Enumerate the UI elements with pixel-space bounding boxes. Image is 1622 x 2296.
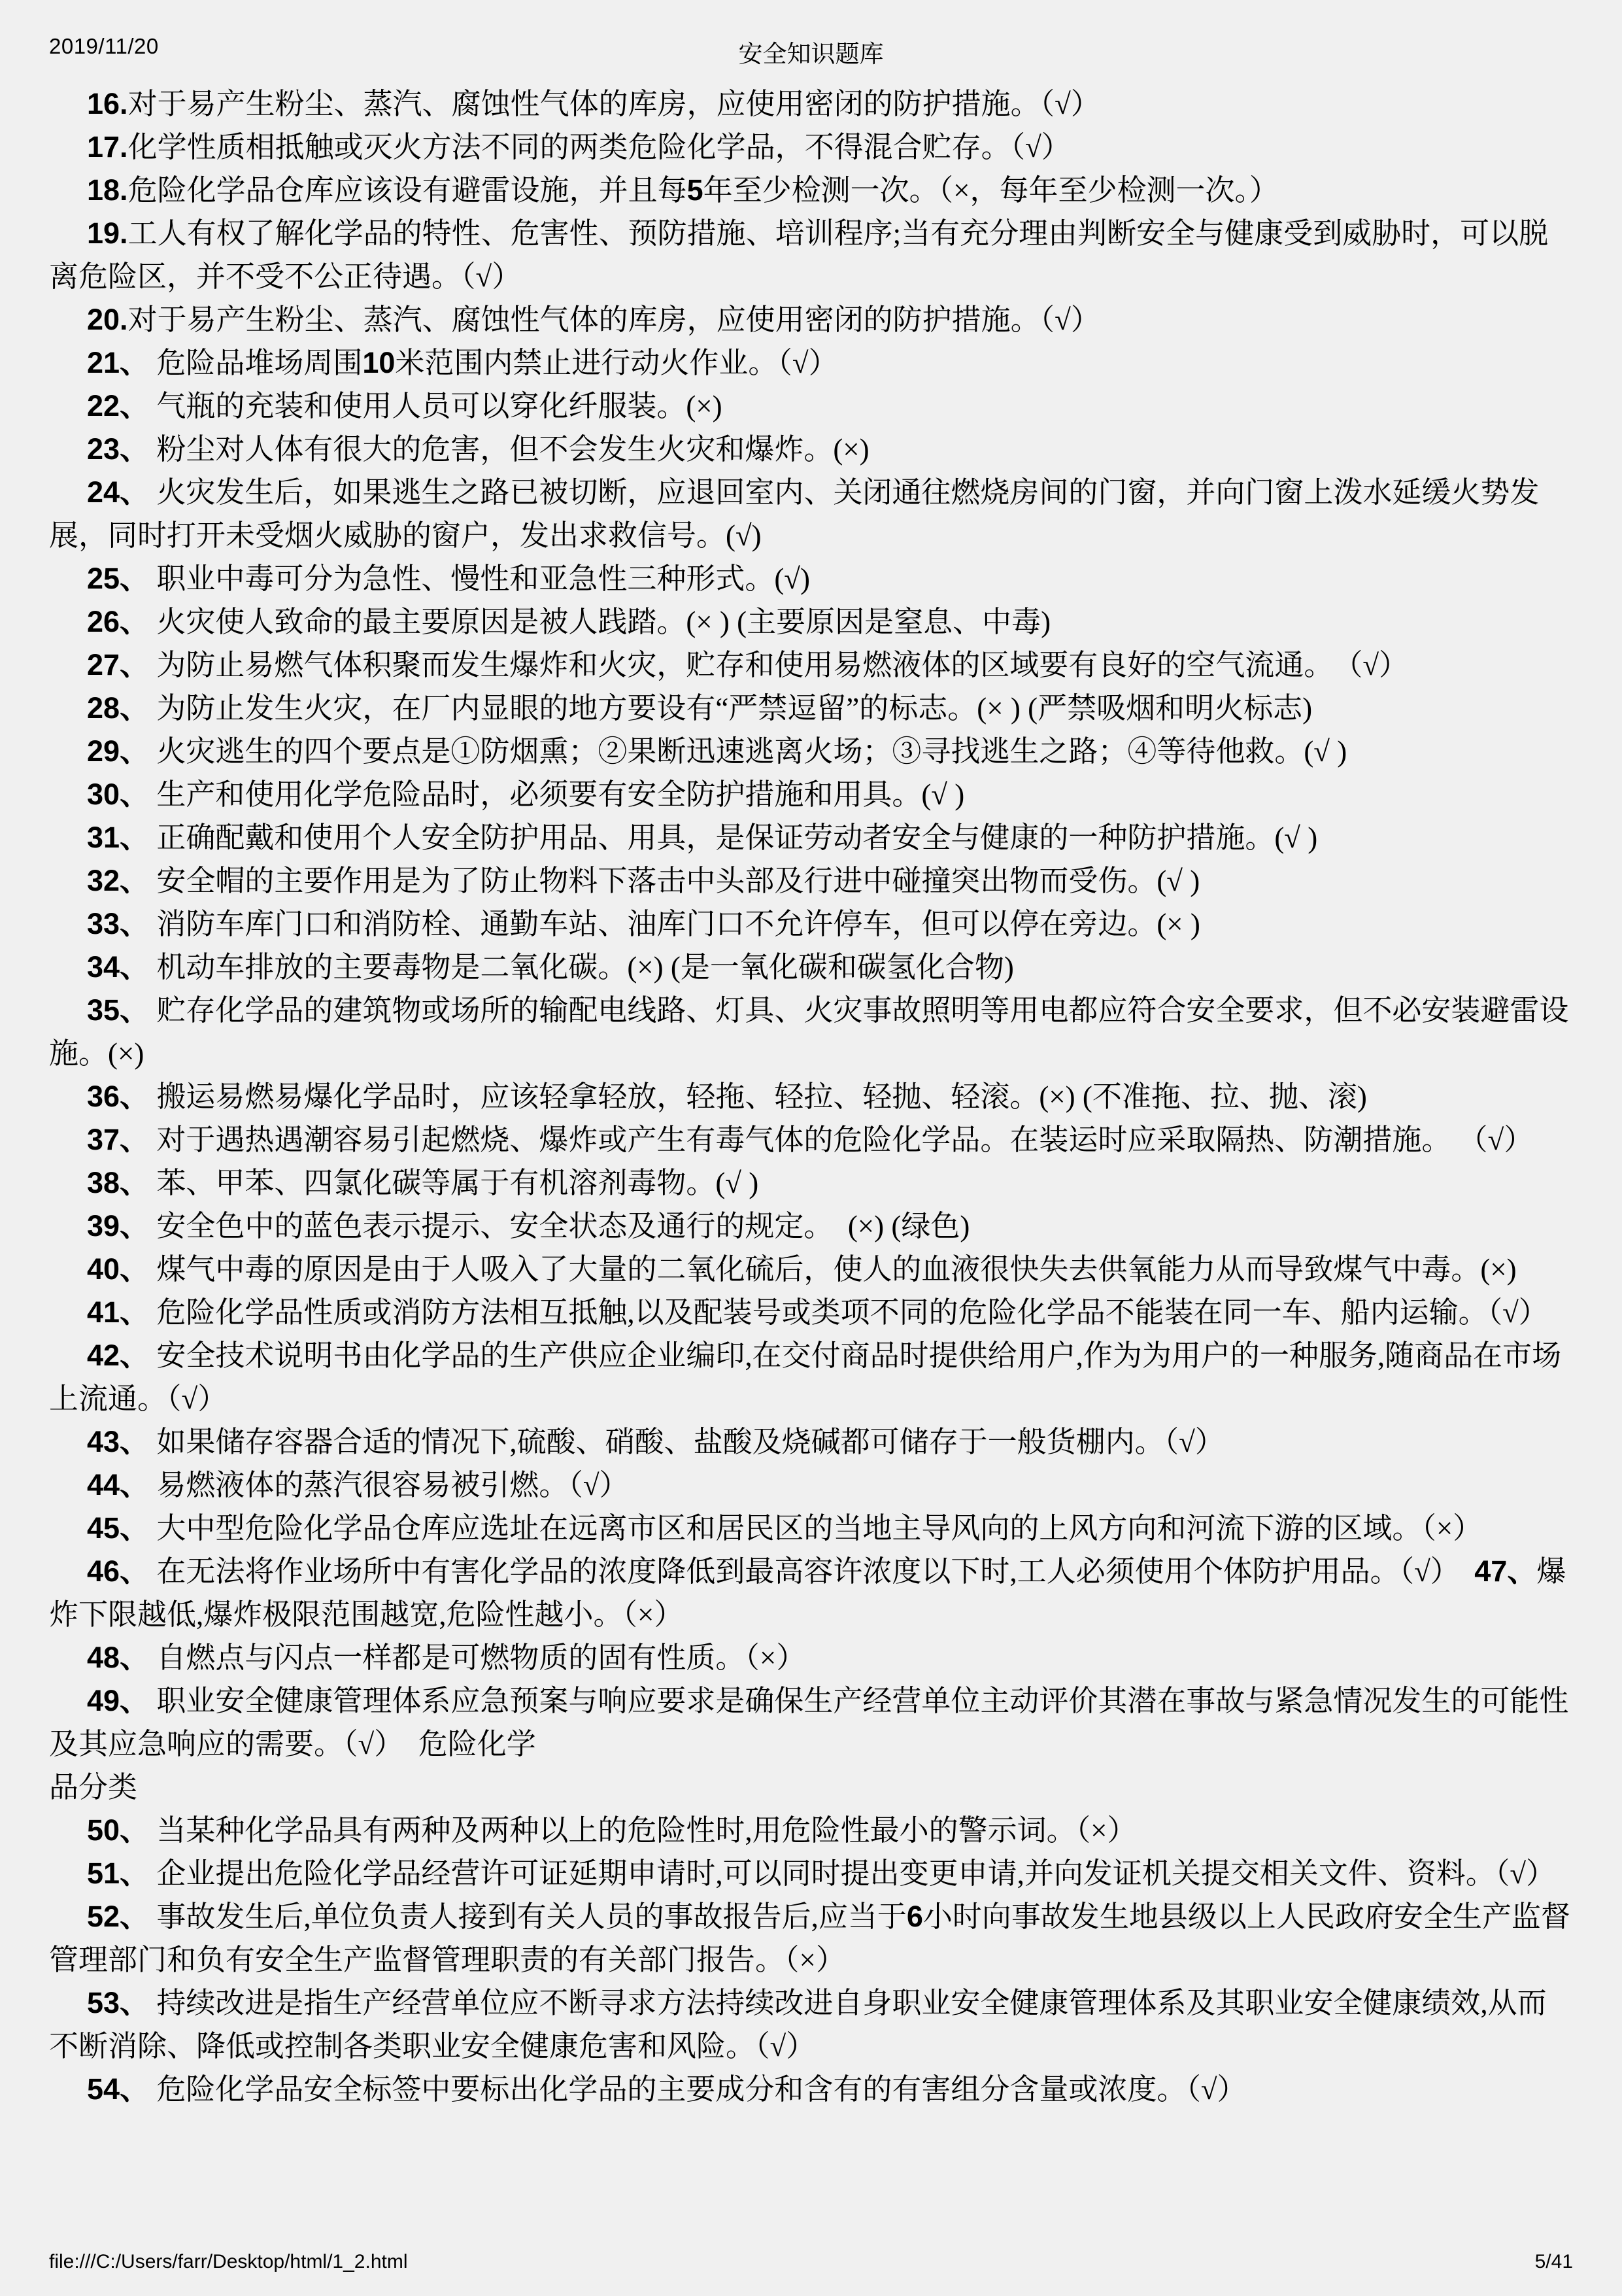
question-number: 48、	[87, 1641, 149, 1674]
question-text: 机动车排放的主要毒物是二氧化碳。(×) (是一氧化碳和碳氢化合物)	[149, 951, 1014, 984]
question-item: 35、 贮存化学品的建筑物或场所的输配电线路、灯具、火灾事故照明等用电都应符合安…	[49, 989, 1573, 1075]
question-text: 对于易产生粉尘、蒸汽、腐蚀性气体的库房，应使用密闭的防护措施。（√）	[128, 88, 1100, 120]
question-item: 22、 气瓶的充装和使用人员可以穿化纤服装。(×)	[49, 385, 1573, 428]
question-item: 53、 持续改进是指生产经营单位应不断寻求方法持续改进自身职业安全健康管理体系及…	[49, 1981, 1573, 2068]
question-text: 消防车库门口和消防栓、通勤车站、油库门口不允许停车，但可以停在旁边。(× )	[149, 908, 1200, 940]
question-item: 17.化学性质相抵触或灭火方法不同的两类危险化学品，不得混合贮存。（√）	[49, 126, 1573, 169]
question-text: 持续改进是指生产经营单位应不断寻求方法持续改进自身职业安全健康管理体系及其职业安…	[49, 1987, 1547, 2063]
question-text: 安全帽的主要作用是为了防止物料下落击中头部及行进中碰撞突出物而受伤。(√ )	[149, 865, 1200, 897]
question-item: 51、 企业提出危险化学品经营许可证延期申请时,可以同时提出变更申请,并向发证机…	[49, 1852, 1573, 1895]
question-item: 18.危险化学品仓库应该设有避雷设施，并且每5年至少检测一次。（×，每年至少检测…	[49, 169, 1573, 212]
question-item: 27、 为防止易燃气体积聚而发生爆炸和火灾，贮存和使用易燃液体的区域要有良好的空…	[49, 643, 1573, 687]
question-item: 26、 火灾使人致命的最主要原因是被人践踏。(× ) (主要原因是窒息、中毒)	[49, 600, 1573, 643]
question-item: 52、 事故发生后,单位负责人接到有关人员的事故报告后,应当于6小时向事故发生地…	[49, 1895, 1573, 1981]
question-number: 27、	[87, 648, 149, 681]
question-item: 24、 火灾发生后，如果逃生之路已被切断，应退回室内、关闭通往燃烧房间的门窗，并…	[49, 471, 1573, 557]
question-item: 28、 为防止发生火灾，在厂内显眼的地方要设有“严禁逗留”的标志。(× ) (严…	[49, 687, 1573, 730]
question-item: 46、 在无法将作业场所中有害化学品的浓度降低到最高容许浓度以下时,工人必须使用…	[49, 1550, 1573, 1636]
question-item: 41、 危险化学品性质或消防方法相互抵触,以及配装号或类项不同的危险化学品不能装…	[49, 1291, 1573, 1334]
question-text: 职业中毒可分为急性、慢性和亚急性三种形式。(√)	[149, 562, 810, 595]
question-text: 如果储存容器合适的情况下,硫酸、硝酸、盐酸及烧碱都可储存于一般货棚内。（√）	[149, 1426, 1225, 1458]
question-number: 36、	[87, 1080, 149, 1113]
question-number: 28、	[87, 691, 149, 725]
question-item: 32、 安全帽的主要作用是为了防止物料下落击中头部及行进中碰撞突出物而受伤。(√…	[49, 859, 1573, 902]
question-item: 49、 职业安全健康管理体系应急预案与响应要求是确保生产经营单位主动评价其潜在事…	[49, 1679, 1573, 1809]
question-text: 为防止发生火灾，在厂内显眼的地方要设有“严禁逗留”的标志。(× ) (严禁吸烟和…	[149, 692, 1312, 725]
question-item: 30、 生产和使用化学危险品时，必须要有安全防护措施和用具。(√ )	[49, 773, 1573, 816]
question-number: 24、	[87, 475, 149, 509]
question-text: 危险化学品安全标签中要标出化学品的主要成分和含有的有害组分含量或浓度。（√）	[149, 2073, 1246, 2106]
question-text: 危险化学品仓库应该设有避雷设施，并且每5年至少检测一次。（×，每年至少检测一次。…	[128, 174, 1279, 207]
inline-number: 5	[687, 173, 703, 207]
question-text: 事故发生后,单位负责人接到有关人员的事故报告后,应当于6小时向事故发生地县级以上…	[49, 1900, 1570, 1976]
question-number: 17.	[87, 130, 128, 163]
question-text: 苯、甲苯、四氯化碳等属于有机溶剂毒物。(√ )	[149, 1167, 758, 1199]
question-number: 50、	[87, 1813, 149, 1847]
question-number: 30、	[87, 778, 149, 811]
question-text: 对于易产生粉尘、蒸汽、腐蚀性气体的库房，应使用密闭的防护措施。（√）	[128, 303, 1100, 336]
question-number: 31、	[87, 821, 149, 854]
question-text: 火灾逃生的四个要点是①防烟熏；②果断迅速逃离火场；③寻找逃生之路；④等待他救。(…	[149, 735, 1347, 768]
question-number: 49、	[87, 1684, 149, 1717]
inline-number: 6	[907, 1900, 923, 1933]
question-text: 生产和使用化学危险品时，必须要有安全防护措施和用具。(√ )	[149, 778, 964, 811]
question-text: 易燃液体的蒸汽很容易被引燃。（√）	[149, 1469, 628, 1501]
question-text: 当某种化学品具有两种及两种以上的危险性时,用危险性最小的警示词。（×）	[149, 1814, 1136, 1847]
question-number: 47、	[1474, 1554, 1536, 1588]
question-text: 自燃点与闪点一样都是可燃物质的固有性质。（×）	[149, 1641, 805, 1674]
question-item: 48、 自燃点与闪点一样都是可燃物质的固有性质。（×）	[49, 1636, 1573, 1679]
question-number: 19.	[87, 216, 128, 250]
question-text: 企业提出危险化学品经营许可证延期申请时,可以同时提出变更申请,并向发证机关提交相…	[149, 1857, 1555, 1890]
question-text: 大中型危险化学品仓库应选址在远离市区和居民区的当地主导风向的上风方向和河流下游的…	[149, 1512, 1482, 1545]
inline-number: 10	[362, 346, 395, 379]
question-text: 化学性质相抵触或灭火方法不同的两类危险化学品，不得混合贮存。（√）	[128, 131, 1071, 163]
question-item: 40、 煤气中毒的原因是由于人吸入了大量的二氧化硫后，使人的血液很快失去供氧能力…	[49, 1248, 1573, 1291]
document-page: 2019/11/20 安全知识题库 16.对于易产生粉尘、蒸汽、腐蚀性气体的库房…	[0, 0, 1622, 2296]
question-number: 46、	[87, 1554, 149, 1588]
question-item: 31、 正确配戴和使用个人安全防护用品、用具，是保证劳动者安全与健康的一种防护措…	[49, 816, 1573, 859]
question-number: 23、	[87, 432, 149, 466]
question-item: 33、 消防车库门口和消防栓、通勤车站、油库门口不允许停车，但可以停在旁边。(×…	[49, 902, 1573, 946]
question-item: 42、 安全技术说明书由化学品的生产供应企业编印,在交付商品时提供给用户,作为为…	[49, 1334, 1573, 1420]
question-text: 危险品堆场周围10米范围内禁止进行动火作业。（√）	[149, 347, 838, 379]
question-item: 21、 危险品堆场周围10米范围内禁止进行动火作业。（√）	[49, 341, 1573, 385]
question-item: 29、 火灾逃生的四个要点是①防烟熏；②果断迅速逃离火场；③寻找逃生之路；④等待…	[49, 730, 1573, 773]
question-text: 火灾使人致命的最主要原因是被人践踏。(× ) (主要原因是窒息、中毒)	[149, 606, 1051, 638]
footer-file-url: file:///C:/Users/farr/Desktop/html/1_2.h…	[49, 2251, 408, 2273]
question-number: 44、	[87, 1468, 149, 1501]
question-number: 18.	[87, 173, 128, 207]
question-text: 职业安全健康管理体系应急预案与响应要求是确保生产经营单位主动评价其潜在事故与紧急…	[49, 1685, 1568, 1760]
question-number: 16.	[87, 87, 128, 120]
question-number: 22、	[87, 389, 149, 422]
page-footer: file:///C:/Users/farr/Desktop/html/1_2.h…	[49, 2251, 1573, 2277]
question-text: 工人有权了解化学品的特性、危害性、预防措施、培训程序;当有充分理由判断安全与健康…	[49, 217, 1548, 293]
question-number: 43、	[87, 1425, 149, 1458]
page-header: 2019/11/20 安全知识题库	[49, 34, 1573, 63]
question-item: 36、 搬运易燃易爆化学品时，应该轻拿轻放，轻拖、轻拉、轻抛、轻滚。(×) (不…	[49, 1075, 1573, 1118]
question-number: 35、	[87, 993, 149, 1027]
question-number: 37、	[87, 1123, 149, 1156]
question-item: 16.对于易产生粉尘、蒸汽、腐蚀性气体的库房，应使用密闭的防护措施。（√）	[49, 82, 1573, 126]
question-text: 正确配戴和使用个人安全防护用品、用具，是保证劳动者安全与健康的一种防护措施。(√…	[149, 821, 1317, 854]
question-number: 32、	[87, 864, 149, 897]
page-title: 安全知识题库	[49, 34, 1573, 69]
question-number: 21、	[87, 346, 149, 379]
question-number: 45、	[87, 1511, 149, 1545]
question-number: 38、	[87, 1166, 149, 1199]
question-text: 气瓶的充装和使用人员可以穿化纤服装。(×)	[149, 390, 722, 422]
question-number: 26、	[87, 605, 149, 638]
question-item: 25、 职业中毒可分为急性、慢性和亚急性三种形式。(√)	[49, 557, 1573, 600]
question-item: 20.对于易产生粉尘、蒸汽、腐蚀性气体的库房，应使用密闭的防护措施。（√）	[49, 298, 1573, 341]
question-item: 54、 危险化学品安全标签中要标出化学品的主要成分和含有的有害组分含量或浓度。（…	[49, 2068, 1573, 2111]
question-item: 23、 粉尘对人体有很大的危害，但不会发生火灾和爆炸。(×)	[49, 428, 1573, 471]
question-item: 37、 对于遇热遇潮容易引起燃烧、爆炸或产生有毒气体的危险化学品。在装运时应采取…	[49, 1118, 1573, 1161]
question-number: 42、	[87, 1339, 149, 1372]
question-item: 39、 安全色中的蓝色表示提示、安全状态及通行的规定。 (×) (绿色)	[49, 1205, 1573, 1248]
question-item: 38、 苯、甲苯、四氯化碳等属于有机溶剂毒物。(√ )	[49, 1161, 1573, 1205]
question-text: 安全色中的蓝色表示提示、安全状态及通行的规定。 (×) (绿色)	[149, 1210, 970, 1242]
question-number: 52、	[87, 1900, 149, 1933]
question-item: 45、 大中型危险化学品仓库应选址在远离市区和居民区的当地主导风向的上风方向和河…	[49, 1507, 1573, 1550]
question-text: 在无法将作业场所中有害化学品的浓度降低到最高容许浓度以下时,工人必须使用个体防护…	[149, 1555, 1445, 1588]
question-number: 41、	[87, 1295, 149, 1329]
question-number: 39、	[87, 1209, 149, 1242]
question-text: 对于遇热遇潮容易引起燃烧、爆炸或产生有毒气体的危险化学品。在装运时应采取隔热、防…	[149, 1123, 1533, 1156]
question-item: 44、 易燃液体的蒸汽很容易被引燃。（√）	[49, 1464, 1573, 1507]
question-number: 54、	[87, 2072, 149, 2106]
question-number: 53、	[87, 1986, 149, 2019]
question-item: 19.工人有权了解化学品的特性、危害性、预防措施、培训程序;当有充分理由判断安全…	[49, 212, 1573, 298]
question-item: 50、 当某种化学品具有两种及两种以上的危险性时,用危险性最小的警示词。（×）	[49, 1809, 1573, 1852]
question-text: 为防止易燃气体积聚而发生爆炸和火灾，贮存和使用易燃液体的区域要有良好的空气流通。…	[149, 649, 1408, 681]
question-number: 34、	[87, 950, 149, 984]
question-text: 搬运易燃易爆化学品时，应该轻拿轻放，轻拖、轻拉、轻抛、轻滚。(×) (不准拖、拉…	[149, 1080, 1367, 1113]
question-number: 51、	[87, 1857, 149, 1890]
question-text: 安全技术说明书由化学品的生产供应企业编印,在交付商品时提供给用户,作为为用户的一…	[49, 1339, 1561, 1415]
question-number: 25、	[87, 562, 149, 595]
question-text: 粉尘对人体有很大的危害，但不会发生火灾和爆炸。(×)	[149, 433, 870, 466]
question-list: 16.对于易产生粉尘、蒸汽、腐蚀性气体的库房，应使用密闭的防护措施。（√）17.…	[49, 82, 1573, 2111]
question-text: 火灾发生后，如果逃生之路已被切断，应退回室内、关闭通往燃烧房间的门窗，并向门窗上…	[49, 476, 1539, 552]
question-item: 34、 机动车排放的主要毒物是二氧化碳。(×) (是一氧化碳和碳氢化合物)	[49, 946, 1573, 989]
question-text: 煤气中毒的原因是由于人吸入了大量的二氧化硫后，使人的血液很快失去供氧能力从而导致…	[149, 1253, 1517, 1286]
footer-page-number: 5/41	[1535, 2251, 1573, 2273]
question-number: 40、	[87, 1252, 149, 1286]
question-number: 33、	[87, 907, 149, 940]
question-text: 贮存化学品的建筑物或场所的输配电线路、灯具、火灾事故照明等用电都应符合安全要求，…	[49, 994, 1568, 1070]
question-number: 20.	[87, 303, 128, 336]
question-item: 43、 如果储存容器合适的情况下,硫酸、硝酸、盐酸及烧碱都可储存于一般货棚内。（…	[49, 1420, 1573, 1464]
question-number: 29、	[87, 734, 149, 768]
question-text: 危险化学品性质或消防方法相互抵触,以及配装号或类项不同的危险化学品不能装在同一车…	[149, 1296, 1548, 1329]
